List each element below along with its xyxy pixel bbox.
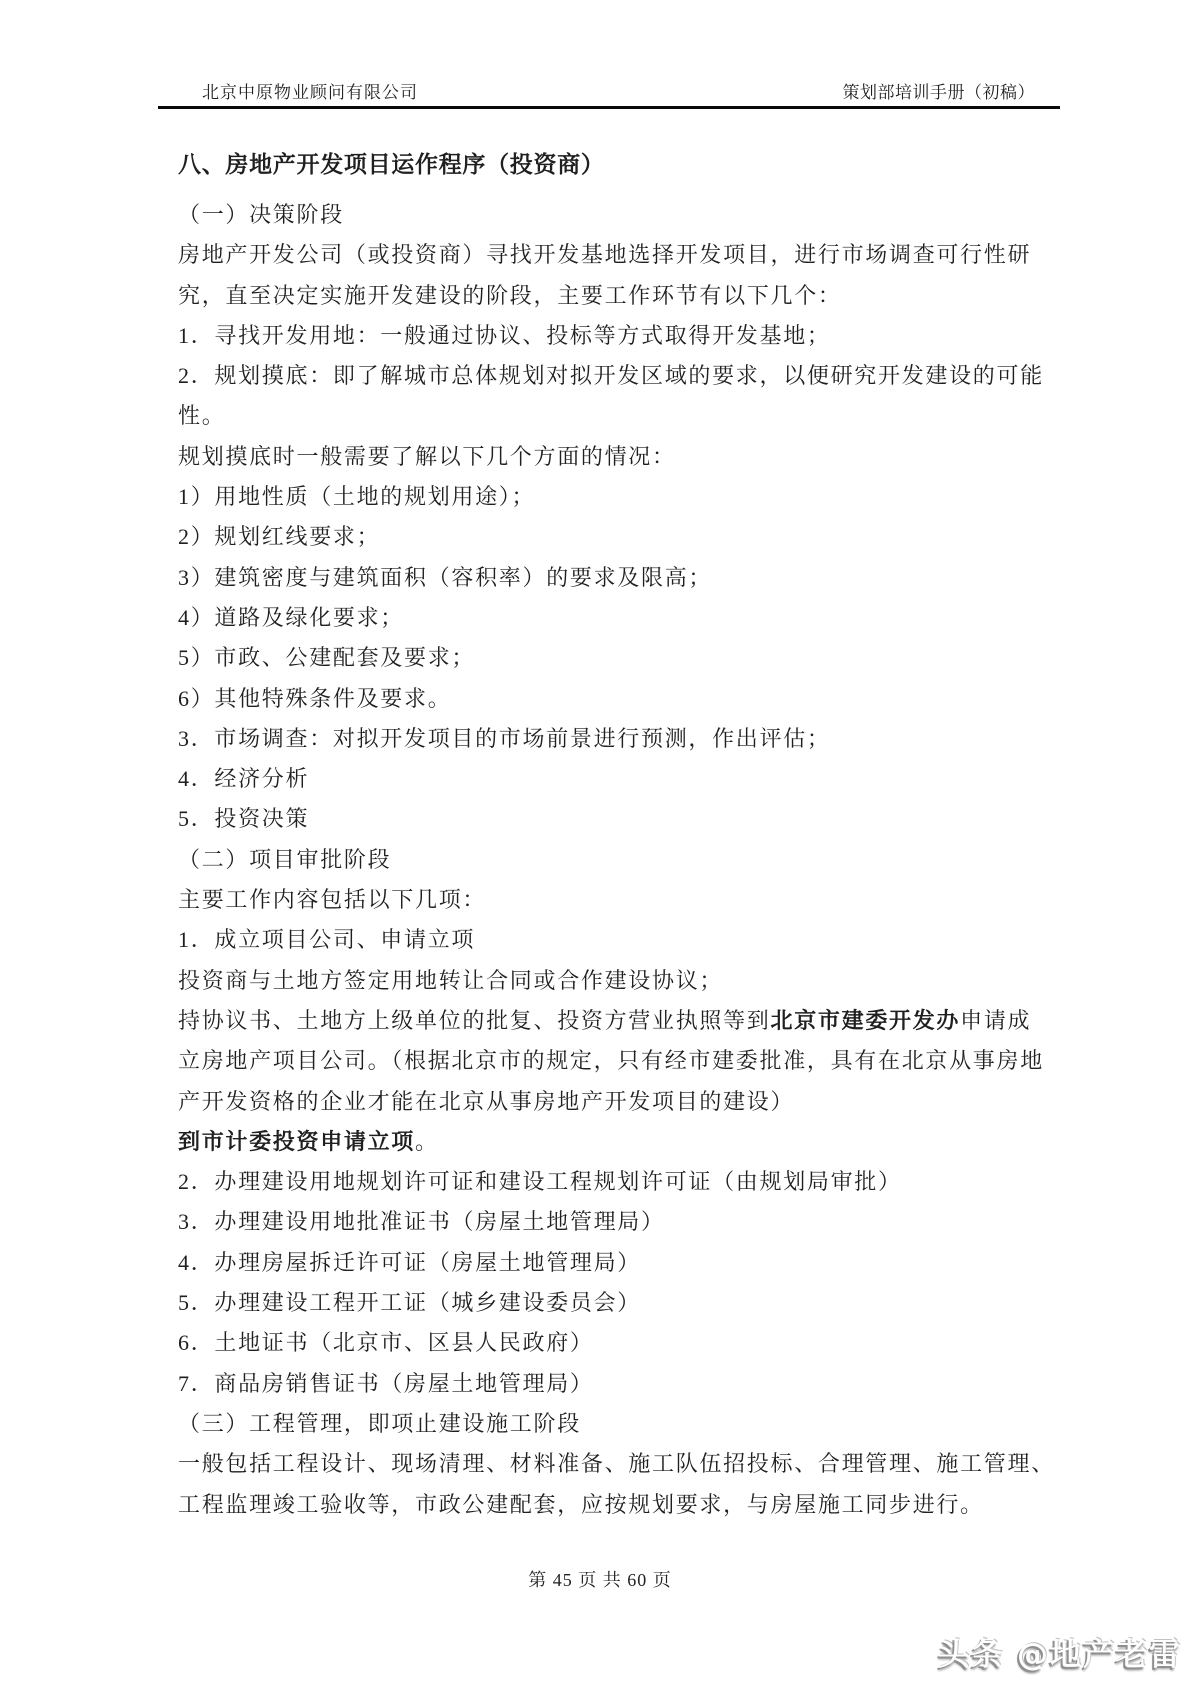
- page-number-label: 第 45 页 共 60 页: [528, 1570, 672, 1590]
- text-line: 立房地产项目公司。（根据北京市的规定，只有经市建委批准，具有在北京从事房地: [178, 1041, 1078, 1081]
- text-line: 产开发资格的企业才能在北京从事房地产开发项目的建设）: [178, 1082, 1078, 1122]
- page-footer: 第 45 页 共 60 页: [0, 1566, 1200, 1592]
- text-line: 持协议书、土地方上级单位的批复、投资方营业执照等到北京市建委开发办申请成: [178, 1001, 1078, 1041]
- text-line: 一般包括工程设计、现场清理、材料准备、施工队伍招投标、合理管理、施工管理、: [178, 1444, 1078, 1484]
- text-line: 7．商品房销售证书（房屋土地管理局）: [178, 1364, 1078, 1404]
- text-line: （二）项目审批阶段: [178, 840, 1078, 880]
- text-line: 投资商与土地方签定用地转让合同或合作建设协议；: [178, 961, 1078, 1001]
- text-line: 3．办理建设用地批准证书（房屋土地管理局）: [178, 1202, 1078, 1242]
- text-line: 到市计委投资申请立项。: [178, 1122, 1078, 1162]
- text-line: 5）市政、公建配套及要求；: [178, 638, 1078, 678]
- text-line: （三）工程管理，即项止建设施工阶段: [178, 1404, 1078, 1444]
- text-line: 主要工作内容包括以下几项：: [178, 880, 1078, 920]
- text-line: 性。: [178, 396, 1078, 436]
- text-line: 1．成立项目公司、申请立项: [178, 920, 1078, 960]
- text-line: 2．规划摸底：即了解城市总体规划对拟开发区域的要求，以便研究开发建设的可能: [178, 356, 1078, 396]
- text-line: 4．办理房屋拆迁许可证（房屋土地管理局）: [178, 1243, 1078, 1283]
- text-line: 1）用地性质（土地的规划用途）；: [178, 477, 1078, 517]
- text-line: 4）道路及绿化要求；: [178, 598, 1078, 638]
- text-line: 5．投资决策: [178, 799, 1078, 839]
- text-line: 房地产开发公司（或投资商）寻找开发基地选择开发项目，进行市场调查可行性研: [178, 235, 1078, 275]
- text-line: 6）其他特殊条件及要求。: [178, 679, 1078, 719]
- header-divider-rule: [158, 106, 1060, 109]
- section-title: 八、房地产开发项目运作程序（投资商）: [178, 149, 1078, 181]
- text-line: 3）建筑密度与建筑面积（容积率）的要求及限高；: [178, 558, 1078, 598]
- text-line: （一）决策阶段: [178, 195, 1078, 235]
- header-doc-title: 策划部培训手册（初稿）: [843, 78, 1036, 103]
- document-lines: （一）决策阶段房地产开发公司（或投资商）寻找开发基地选择开发项目，进行市场调查可…: [178, 195, 1078, 1525]
- text-line: 2）规划红线要求；: [178, 517, 1078, 557]
- document-body: 八、房地产开发项目运作程序（投资商） （一）决策阶段房地产开发公司（或投资商）寻…: [178, 149, 1078, 1525]
- text-line: 4．经济分析: [178, 759, 1078, 799]
- text-line: 究，直至决定实施开发建设的阶段，主要工作环节有以下几个：: [178, 276, 1078, 316]
- text-line: 2．办理建设用地规划许可证和建设工程规划许可证（由规划局审批）: [178, 1162, 1078, 1202]
- text-line: 工程监理竣工验收等，市政公建配套，应按规划要求，与房屋施工同步进行。: [178, 1485, 1078, 1525]
- text-line: 规划摸底时一般需要了解以下几个方面的情况：: [178, 437, 1078, 477]
- watermark-text: 头条 @地产老雷: [938, 1629, 1182, 1674]
- text-line: 1．寻找开发用地：一般通过协议、投标等方式取得开发基地；: [178, 316, 1078, 356]
- text-line: 6．土地证书（北京市、区县人民政府）: [178, 1323, 1078, 1363]
- document-page: 北京中原物业顾问有限公司 策划部培训手册（初稿） 八、房地产开发项目运作程序（投…: [0, 0, 1200, 1697]
- text-line: 5．办理建设工程开工证（城乡建设委员会）: [178, 1283, 1078, 1323]
- text-line: 3．市场调查：对拟开发项目的市场前景进行预测，作出评估；: [178, 719, 1078, 759]
- header-company-name: 北京中原物业顾问有限公司: [202, 78, 418, 103]
